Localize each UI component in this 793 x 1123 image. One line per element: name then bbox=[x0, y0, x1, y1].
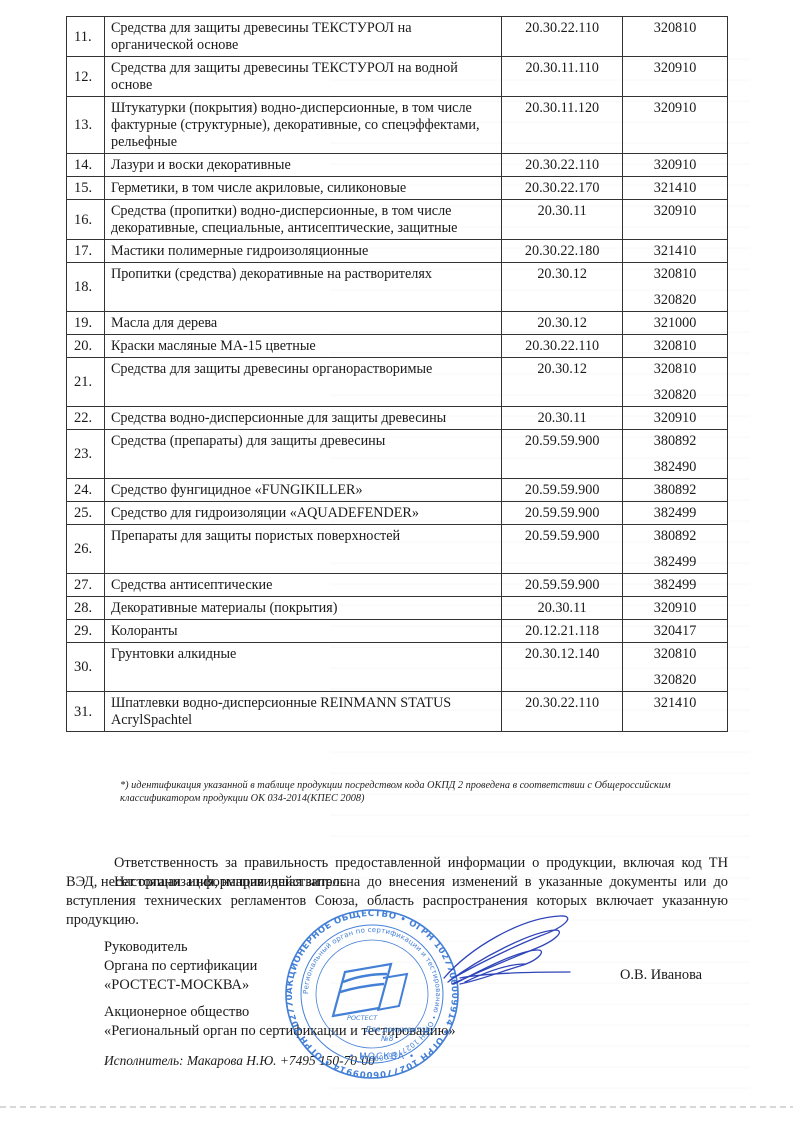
tnved-codes: 320910 bbox=[623, 154, 728, 177]
table-row: 23.Средства (препараты) для защиты древе… bbox=[67, 430, 728, 479]
row-number: 23. bbox=[67, 430, 105, 479]
table-row: 21.Средства для защиты древесины органор… bbox=[67, 358, 728, 407]
stamp-number: №8 bbox=[380, 1034, 394, 1043]
row-number: 20. bbox=[67, 335, 105, 358]
tnved-code: 321410 bbox=[629, 695, 721, 712]
table-row: 16.Средства (пропитки) водно-дисперсионн… bbox=[67, 200, 728, 240]
okpd-code: 20.59.59.900 bbox=[502, 430, 623, 479]
tnved-codes: 320417 bbox=[623, 620, 728, 643]
okpd-code: 20.30.12 bbox=[502, 358, 623, 407]
tnved-code: 320910 bbox=[629, 60, 721, 77]
product-name: Средства для защиты древесины органораст… bbox=[104, 358, 501, 407]
tnved-codes: 321410 bbox=[623, 692, 728, 732]
table-row: 13.Штукатурки (покрытия) водно-дисперсио… bbox=[67, 97, 728, 154]
tnved-codes: 321000 bbox=[623, 312, 728, 335]
product-name: Масла для дерева bbox=[104, 312, 501, 335]
tnved-codes: 320810320820 bbox=[623, 358, 728, 407]
table-row: 22.Средства водно-дисперсионные для защи… bbox=[67, 407, 728, 430]
okpd-code: 20.30.11 bbox=[502, 200, 623, 240]
row-number: 16. bbox=[67, 200, 105, 240]
okpd-code: 20.30.11.110 bbox=[502, 57, 623, 97]
table-row: 31.Шпатлевки водно-дисперсионные REINMAN… bbox=[67, 692, 728, 732]
okpd-code: 20.59.59.900 bbox=[502, 525, 623, 574]
row-number: 26. bbox=[67, 525, 105, 574]
row-number: 13. bbox=[67, 97, 105, 154]
okpd-code: 20.59.59.900 bbox=[502, 502, 623, 525]
okpd-code: 20.30.12 bbox=[502, 263, 623, 312]
row-number: 15. bbox=[67, 177, 105, 200]
table-row: 25.Средство для гидроизоляции «AQUADEFEN… bbox=[67, 502, 728, 525]
okpd-code: 20.59.59.900 bbox=[502, 574, 623, 597]
row-number: 11. bbox=[67, 17, 105, 57]
table-row: 18.Пропитки (средства) декоративные на р… bbox=[67, 263, 728, 312]
tnved-codes: 320910 bbox=[623, 97, 728, 154]
tnved-codes: 382499 bbox=[623, 574, 728, 597]
product-name: Средство фунгицидное «FUNGIKILLER» bbox=[104, 479, 501, 502]
row-number: 19. bbox=[67, 312, 105, 335]
tnved-code: 320910 bbox=[629, 157, 721, 174]
signatory-block: Руководитель Органа по сертификации «РОС… bbox=[104, 938, 257, 995]
product-name: Средство для гидроизоляции «AQUADEFENDER… bbox=[104, 502, 501, 525]
table-row: 19.Масла для дерева20.30.12321000 bbox=[67, 312, 728, 335]
product-name: Герметики, в том числе акриловые, силико… bbox=[104, 177, 501, 200]
product-name: Препараты для защиты пористых поверхност… bbox=[104, 525, 501, 574]
document-page: 11.Средства для защиты древесины ТЕКСТУР… bbox=[0, 0, 793, 1123]
tnved-codes: 380892382490 bbox=[623, 430, 728, 479]
tnved-code: 382499 bbox=[629, 505, 721, 522]
row-number: 31. bbox=[67, 692, 105, 732]
table-row: 24.Средство фунгицидное «FUNGIKILLER»20.… bbox=[67, 479, 728, 502]
tnved-code: 382499 bbox=[629, 577, 721, 594]
table-row: 28.Декоративные материалы (покрытия)20.3… bbox=[67, 597, 728, 620]
okpd-code: 20.30.11 bbox=[502, 597, 623, 620]
tnved-codes: 321410 bbox=[623, 177, 728, 200]
row-number: 12. bbox=[67, 57, 105, 97]
tnved-codes: 320810320820 bbox=[623, 643, 728, 692]
tnved-code: 320810 bbox=[629, 20, 721, 37]
handwritten-signature bbox=[440, 908, 620, 988]
table-row: 12.Средства для защиты древесины ТЕКСТУР… bbox=[67, 57, 728, 97]
svg-text:Региональный орган по сертифик: Региональный орган по сертификации и тес… bbox=[302, 926, 442, 1062]
product-name: Средства (препараты) для защиты древесин… bbox=[104, 430, 501, 479]
tnved-code: 320810 bbox=[629, 361, 721, 378]
rostest-logo-icon bbox=[333, 964, 407, 1016]
row-number: 21. bbox=[67, 358, 105, 407]
table-row: 27.Средства антисептические20.59.59.9003… bbox=[67, 574, 728, 597]
tnved-codes: 320910 bbox=[623, 407, 728, 430]
okpd-code: 20.30.12 bbox=[502, 312, 623, 335]
okpd-code: 20.59.59.900 bbox=[502, 479, 623, 502]
table-row: 29.Колоранты20.12.21.118320417 bbox=[67, 620, 728, 643]
product-name: Средства (пропитки) водно-дисперсионные,… bbox=[104, 200, 501, 240]
row-number: 27. bbox=[67, 574, 105, 597]
tnved-code: 380892 bbox=[629, 482, 721, 499]
okpd-code: 20.30.22.110 bbox=[502, 692, 623, 732]
table-row: 15.Герметики, в том числе акриловые, сил… bbox=[67, 177, 728, 200]
product-name: Средства водно-дисперсионные для защиты … bbox=[104, 407, 501, 430]
tnved-code: 320910 bbox=[629, 100, 721, 117]
tnved-codes: 320910 bbox=[623, 200, 728, 240]
okpd-code: 20.30.22.170 bbox=[502, 177, 623, 200]
product-name: Декоративные материалы (покрытия) bbox=[104, 597, 501, 620]
tnved-code: 320820 bbox=[629, 672, 721, 689]
product-name: Грунтовки алкидные bbox=[104, 643, 501, 692]
table-row: 30.Грунтовки алкидные20.30.12.1403208103… bbox=[67, 643, 728, 692]
okpd-code: 20.30.22.110 bbox=[502, 335, 623, 358]
tnved-code: 320810 bbox=[629, 266, 721, 283]
okpd-code: 20.30.12.140 bbox=[502, 643, 623, 692]
okpd-code: 20.30.22.180 bbox=[502, 240, 623, 263]
tnved-codes: 320810320820 bbox=[623, 263, 728, 312]
tnved-codes: 320910 bbox=[623, 57, 728, 97]
product-name: Средства для защиты древесины ТЕКСТУРОЛ … bbox=[104, 17, 501, 57]
scan-edge-line bbox=[0, 1106, 793, 1108]
tnved-code: 380892 bbox=[629, 528, 721, 545]
tnved-code: 320820 bbox=[629, 387, 721, 404]
footnote: *) идентификация указанной в таблице про… bbox=[120, 779, 740, 805]
row-number: 28. bbox=[67, 597, 105, 620]
tnved-code: 382499 bbox=[629, 554, 721, 571]
row-number: 17. bbox=[67, 240, 105, 263]
tnved-code: 320810 bbox=[629, 338, 721, 355]
table-row: 20.Краски масляные МА-15 цветные20.30.22… bbox=[67, 335, 728, 358]
product-name: Шпатлевки водно-дисперсионные REINMANN S… bbox=[104, 692, 501, 732]
tnved-code: 320910 bbox=[629, 203, 721, 220]
tnved-codes: 382499 bbox=[623, 502, 728, 525]
tnved-code: 380892 bbox=[629, 433, 721, 450]
tnved-code: 320810 bbox=[629, 646, 721, 663]
tnved-codes: 380892382499 bbox=[623, 525, 728, 574]
okpd-code: 20.30.22.110 bbox=[502, 154, 623, 177]
tnved-code: 382490 bbox=[629, 459, 721, 476]
row-number: 25. bbox=[67, 502, 105, 525]
row-number: 22. bbox=[67, 407, 105, 430]
product-name: Лазури и воски декоративные bbox=[104, 154, 501, 177]
stamp-inner-text: Региональный орган по сертификации и тес… bbox=[302, 926, 442, 1062]
tnved-codes: 320810 bbox=[623, 335, 728, 358]
okpd-code: 20.30.11.120 bbox=[502, 97, 623, 154]
product-name: Средства антисептические bbox=[104, 574, 501, 597]
tnved-code: 320417 bbox=[629, 623, 721, 640]
signer-name: О.В. Иванова bbox=[620, 967, 702, 984]
row-number: 29. bbox=[67, 620, 105, 643]
product-name: Колоранты bbox=[104, 620, 501, 643]
table-row: 14.Лазури и воски декоративные20.30.22.1… bbox=[67, 154, 728, 177]
tnved-codes: 321410 bbox=[623, 240, 728, 263]
table-row: 26.Препараты для защиты пористых поверхн… bbox=[67, 525, 728, 574]
tnved-code: 320910 bbox=[629, 410, 721, 427]
signatory-title-line-2: Органа по сертификации bbox=[104, 957, 257, 976]
product-name: Мастики полимерные гидроизоляционные bbox=[104, 240, 501, 263]
row-number: 18. bbox=[67, 263, 105, 312]
row-number: 14. bbox=[67, 154, 105, 177]
official-stamp: АКЦИОНЕРНОЕ ОБЩЕСТВО • ОГРН 102770600991… bbox=[283, 908, 461, 1080]
product-name: Пропитки (средства) декоративные на раст… bbox=[104, 263, 501, 312]
tnved-code: 320820 bbox=[629, 292, 721, 309]
tnved-codes: 320810 bbox=[623, 17, 728, 57]
okpd-code: 20.30.22.110 bbox=[502, 17, 623, 57]
row-number: 24. bbox=[67, 479, 105, 502]
tnved-code: 320910 bbox=[629, 600, 721, 617]
okpd-code: 20.12.21.118 bbox=[502, 620, 623, 643]
product-name: Средства для защиты древесины ТЕКСТУРОЛ … bbox=[104, 57, 501, 97]
row-number: 30. bbox=[67, 643, 105, 692]
okpd-code: 20.30.11 bbox=[502, 407, 623, 430]
product-name: Краски масляные МА-15 цветные bbox=[104, 335, 501, 358]
tnved-codes: 320910 bbox=[623, 597, 728, 620]
tnved-codes: 380892 bbox=[623, 479, 728, 502]
tnved-code: 321000 bbox=[629, 315, 721, 332]
stamp-city: • МОСКВА • bbox=[349, 1052, 415, 1062]
product-table: 11.Средства для защиты древесины ТЕКСТУР… bbox=[66, 16, 728, 732]
tnved-code: 321410 bbox=[629, 180, 721, 197]
tnved-code: 321410 bbox=[629, 243, 721, 260]
table-row: 11.Средства для защиты древесины ТЕКСТУР… bbox=[67, 17, 728, 57]
signatory-title-line-1: Руководитель bbox=[104, 938, 257, 957]
table-row: 17.Мастики полимерные гидроизоляционные2… bbox=[67, 240, 728, 263]
stamp-purpose: Для документов bbox=[364, 1025, 430, 1034]
product-name: Штукатурки (покрытия) водно-дисперсионны… bbox=[104, 97, 501, 154]
signatory-title-line-3: «РОСТЕСТ-МОСКВА» bbox=[104, 976, 257, 995]
stamp-logo-label: РОСТЕСТ bbox=[347, 1014, 378, 1022]
